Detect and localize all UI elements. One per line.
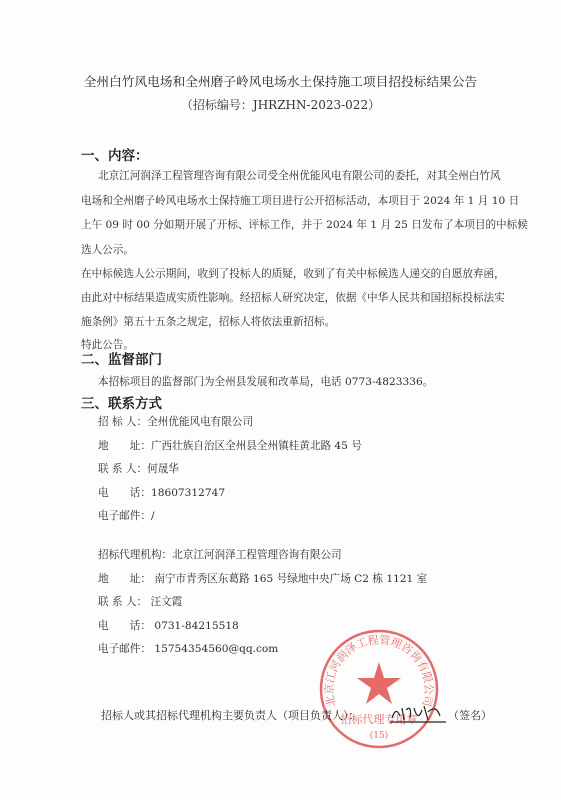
tender-number: （招标编号：JHRZHN-2023-022） (0, 96, 561, 113)
agency-phone: 电 话： 0731-84215518 (98, 618, 239, 633)
content-line: 由此对中标结果造成实质性影响。经招标人研究决定，依据《中华人民共和国招标投标法实 (81, 290, 505, 305)
tenderer-address: 地 址：广西壮族自治区全州县全州镇桂黄北路 45 号 (98, 438, 362, 453)
tenderer-contact: 联 系 人：何晟华 (98, 461, 179, 476)
content-line: 在中标候选人公示期间，收到了投标人的质疑，收到了有关中标候选人递交的自愿放弃函， (81, 266, 505, 281)
company-seal-icon: 北京江河润泽工程管理咨询有限公司 招标代理专用章 (15) (318, 628, 440, 750)
content-line: 电场和全州磨子岭风电场水土保持施工项目进行公开招标活动，本项目于 2024 年 … (81, 193, 519, 208)
section-content-heading: 一、内容： (81, 144, 149, 164)
handwritten-signature-icon (388, 698, 448, 728)
agency-address: 地 址： 南宁市青秀区东葛路 165 号绿地中央广场 C2 栋 1121 室 (98, 571, 427, 586)
signature-suffix: （签名） (448, 707, 492, 723)
supervision-text: 本招标项目的监督部门为全州县发展和改革局，电话 0773-4823336。 (98, 374, 433, 389)
document-title: 全州白竹风电场和全州磨子岭风电场水土保持施工项目招投标结果公告 (0, 71, 561, 90)
tenderer-email: 电子邮件：/ (98, 508, 155, 523)
agency-email: 电子邮件： 15754354560@qq.com (98, 641, 278, 656)
section-supervision-heading: 二、监督部门 (81, 348, 162, 368)
section-contact-heading: 三、联系方式 (81, 392, 162, 412)
agency-name: 招标代理机构：北京江河润泽工程管理咨询有限公司 (98, 547, 342, 562)
content-line: 北京江河润泽工程管理咨询有限公司受全州优能风电有限公司的委托，对其全州白竹风 (98, 168, 501, 183)
tenderer-phone: 电 话：18607312747 (98, 485, 225, 500)
signature-label: 招标人或其招标代理机构主要负责人（项目负责人）： (101, 707, 360, 723)
svg-text:(15): (15) (370, 730, 388, 741)
agency-contact: 联 系 人： 汪文霞 (98, 594, 182, 609)
content-line: 上午 09 时 00 分如期开展了开标、评标工作，并于 2024 年 1 月 2… (81, 217, 528, 232)
content-line: 施条例》第五十五条之规定，招标人将依法重新招标。 (81, 314, 335, 329)
content-line: 选人公示。 (81, 242, 134, 257)
tenderer-name: 招 标 人：全州优能风电有限公司 (98, 414, 253, 429)
